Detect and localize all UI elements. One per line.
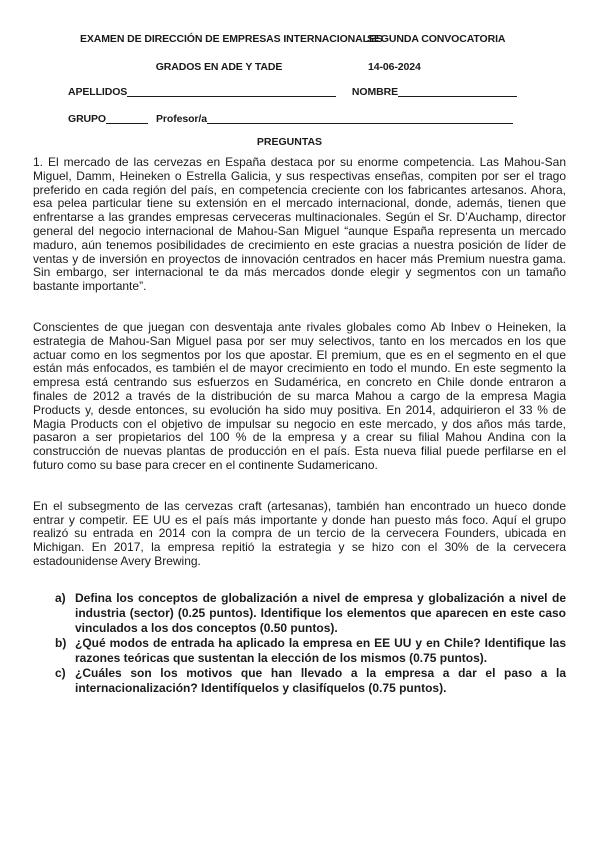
question-item-a: a) Defina los conceptos de globalización…: [33, 591, 566, 636]
grupo-label: GRUPO: [68, 113, 106, 125]
section-title-preguntas: PREGUNTAS: [0, 136, 579, 148]
questions-list: a) Defina los conceptos de globalización…: [33, 591, 566, 696]
apellidos-fill-line: [127, 86, 336, 97]
grupo-fill-line: [106, 113, 148, 124]
question-item-b: b) ¿Qué modos de entrada ha aplicado la …: [33, 636, 566, 666]
question-item-c: c) ¿Cuáles son los motivos que han lleva…: [33, 666, 566, 696]
nombre-fill-line: [398, 86, 517, 97]
question-marker: a): [55, 591, 75, 636]
profesor-fill-line: [207, 113, 513, 124]
name-fill-row: APELLIDOS NOMBRE: [68, 86, 517, 98]
case-study-text: 1. El mercado de las cervezas en España …: [33, 156, 566, 696]
apellidos-label: APELLIDOS: [68, 86, 127, 98]
exam-document: EXAMEN DE DIRECCIÓN DE EMPRESAS INTERNAC…: [0, 0, 599, 848]
group-fill-row: GRUPO Profesor/a: [68, 113, 513, 125]
nombre-label: NOMBRE: [352, 86, 398, 98]
question-text: Defina los conceptos de globalización a …: [75, 591, 566, 636]
profesor-label: Profesor/a: [156, 113, 207, 125]
case-paragraph-3: En el subsegmento de las cervezas craft …: [33, 500, 566, 569]
case-paragraph-2: Conscientes de que juegan con desventaja…: [33, 321, 566, 473]
case-paragraph-1: 1. El mercado de las cervezas en España …: [33, 156, 566, 294]
question-text: ¿Cuáles son los motivos que han llevado …: [75, 666, 566, 696]
question-text: ¿Qué modos de entrada ha aplicado la emp…: [75, 636, 566, 666]
convocatoria-label: SEGUNDA CONVOCATORIA: [367, 33, 505, 45]
question-marker: c): [55, 666, 75, 696]
question-marker: b): [55, 636, 75, 666]
degree-title: GRADOS EN ADE Y TADE: [80, 61, 358, 73]
exam-date: 14-06-2024: [368, 61, 421, 73]
exam-title: EXAMEN DE DIRECCIÓN DE EMPRESAS INTERNAC…: [80, 33, 358, 45]
